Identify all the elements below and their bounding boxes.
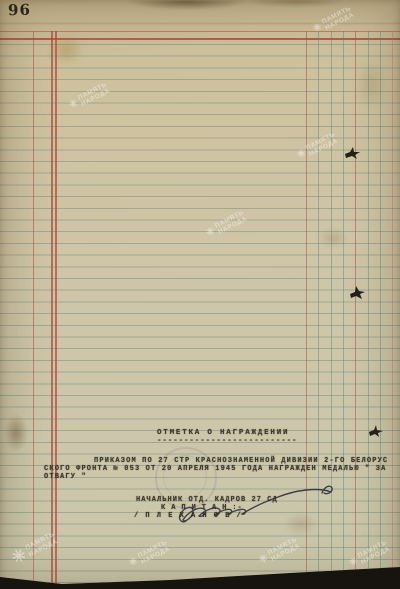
top-margin-line-thin <box>0 31 400 32</box>
left-double-line-a <box>51 31 53 589</box>
top-margin-line-thick <box>0 38 400 40</box>
page-number: 96 <box>8 1 31 20</box>
column-line-teal <box>368 31 369 589</box>
paper-crease <box>0 22 400 25</box>
ink-blot-mark <box>368 425 384 438</box>
column-line-teal <box>380 31 381 589</box>
left-margin-line <box>33 31 34 589</box>
ink-smudge-top <box>248 0 344 7</box>
column-line-red <box>355 31 356 589</box>
ledger-page: 96 ОТМЕТКА О НАГРАЖДЕНИИ ---------------… <box>0 0 400 589</box>
column-line-teal <box>343 31 344 589</box>
column-line-pink <box>392 31 393 589</box>
award-order-line: ОТВАГУ " <box>44 474 87 481</box>
award-order-line: СКОГО ФРОНТА № 053 ОТ 20 АПРЕЛЯ 1945 ГОД… <box>44 466 386 473</box>
heading-underline: -------------------------- <box>157 438 297 446</box>
award-order-line: ПРИКАЗОМ ПО 27 СТР КРАСНОЗНАМЕННОЙ ДИВИЗ… <box>94 458 388 465</box>
scan-background: 96 ОТМЕТКА О НАГРАЖДЕНИИ ---------------… <box>0 0 400 589</box>
ink-blot-mark <box>344 146 362 160</box>
handwritten-signature <box>172 483 342 533</box>
ink-smudge-top <box>128 0 246 10</box>
ink-blot-mark <box>348 285 366 300</box>
left-double-line-b <box>55 31 57 589</box>
